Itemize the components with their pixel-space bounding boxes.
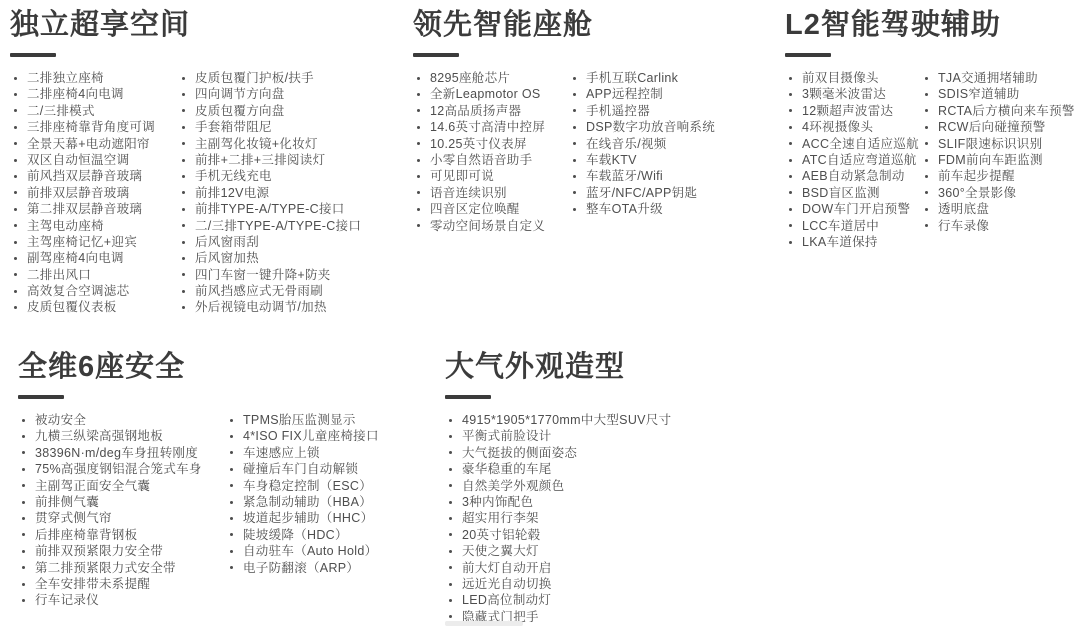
feature-item: 手套箱带阻尼 <box>182 119 361 135</box>
bullet-dot <box>573 191 576 194</box>
feature-item: 前排双层静音玻璃 <box>14 185 178 201</box>
feature-item: 九横三纵梁高强钢地板 <box>22 428 226 444</box>
feature-item-label: RCW后向碰撞预警 <box>938 119 1046 135</box>
bullet-dot <box>925 224 928 227</box>
feature-item-label: 小零自然语音助手 <box>430 152 532 168</box>
feature-item-label: 38396N·m/deg车身扭转刚度 <box>35 445 198 461</box>
bullet-dot <box>573 175 576 178</box>
bullet-dot <box>182 208 185 211</box>
bullet-dot <box>14 257 17 260</box>
feature-item: 75%高强度钢铝混合笼式车身 <box>22 461 226 477</box>
bullet-dot <box>22 419 25 422</box>
feature-item-label: 远近光自动切换 <box>462 576 552 592</box>
feature-item-label: 14.6英寸高清中控屏 <box>430 119 545 135</box>
feature-item-label: 二/三排TYPE-A/TYPE-C接口 <box>195 218 361 234</box>
feature-item: 坡道起步辅助（HHC） <box>230 510 379 526</box>
bullet-dot <box>22 583 25 586</box>
feature-item: 4环视摄像头 <box>789 119 921 135</box>
bullet-dot <box>14 224 17 227</box>
bullet-dot <box>925 175 928 178</box>
feature-item-label: ACC全速自适应巡航 <box>802 136 919 152</box>
feature-item-label: 全新Leapmotor OS <box>430 86 541 102</box>
feature-item: 前双目摄像头 <box>789 70 921 86</box>
feature-item: 四音区定位唤醒 <box>417 201 569 217</box>
feature-item: 前风挡双层静音玻璃 <box>14 168 178 184</box>
feature-item: 四向调节方向盘 <box>182 86 361 102</box>
feature-columns: 8295座舱芯片全新Leapmotor OS12高品质扬声器14.6英寸高清中控… <box>413 70 758 234</box>
bullet-dot <box>925 109 928 112</box>
bullet-dot <box>182 273 185 276</box>
feature-item-label: 8295座舱芯片 <box>430 70 510 86</box>
bullet-dot <box>417 224 420 227</box>
feature-item: 在线音乐/视频 <box>573 136 715 152</box>
feature-item-label: AEB自动紧急制动 <box>802 168 905 184</box>
feature-item-label: 陡坡缓降（HDC） <box>243 527 348 543</box>
feature-item-label: 高效复合空调滤芯 <box>27 283 129 299</box>
feature-item: 后风窗加热 <box>182 250 361 266</box>
feature-item-label: 车速感应上锁 <box>243 445 320 461</box>
bullet-dot <box>182 142 185 145</box>
bullet-dot <box>449 451 452 454</box>
feature-item: 紧急制动辅助（HBA） <box>230 494 379 510</box>
section-title: 全维6座安全 <box>18 350 438 384</box>
bullet-dot <box>449 468 452 471</box>
bullet-dot <box>14 159 17 162</box>
feature-item-label: 前排侧气囊 <box>35 494 99 510</box>
feature-item-label: 二排出风口 <box>27 267 91 283</box>
bullet-dot <box>230 468 233 471</box>
feature-item-label: 自然美学外观颜色 <box>462 478 564 494</box>
feature-item: 副驾座椅4向电调 <box>14 250 178 266</box>
bullet-dot <box>230 533 233 536</box>
bullet-dot <box>789 159 792 162</box>
bullet-dot <box>417 208 420 211</box>
bullet-dot <box>789 175 792 178</box>
feature-item: 10.25英寸仪表屏 <box>417 136 569 152</box>
feature-list-left: 二排独立座椅二排座椅4向电调二/三排模式三排座椅靠背角度可调全景天幕+电动遮阳帘… <box>10 70 178 316</box>
feature-item: 手机无线充电 <box>182 168 361 184</box>
bullet-dot <box>22 517 25 520</box>
bullet-dot <box>925 93 928 96</box>
bullet-dot <box>14 142 17 145</box>
feature-item-label: 12颗超声波雷达 <box>802 103 893 119</box>
feature-item-label: RCTA后方横向来车预警 <box>938 103 1075 119</box>
feature-item-label: LED高位制动灯 <box>462 592 551 608</box>
feature-item-label: 后排座椅靠背钢板 <box>35 527 137 543</box>
feature-item: 12颗超声波雷达 <box>789 103 921 119</box>
feature-item-label: 语音连续识别 <box>430 185 507 201</box>
bullet-dot <box>22 533 25 536</box>
feature-item: 20英寸铝轮毂 <box>449 527 671 543</box>
title-underline <box>18 395 64 399</box>
feature-item: 皮质包覆门护板/扶手 <box>182 70 361 86</box>
feature-item: 外后视镜电动调节/加热 <box>182 299 361 315</box>
feature-item: 透明底盘 <box>925 201 1075 217</box>
feature-item-label: 超实用行李架 <box>462 510 539 526</box>
feature-item-label: 前双目摄像头 <box>802 70 879 86</box>
feature-item-label: 大气挺拔的侧面姿态 <box>462 445 577 461</box>
feature-item: 第二排预紧限力式安全带 <box>22 560 226 576</box>
feature-item-label: 前排双层静音玻璃 <box>27 185 129 201</box>
feature-item: 360°全景影像 <box>925 185 1075 201</box>
feature-columns: 4915*1905*1770mm中大型SUV尺寸平衡式前脸设计大气挺拔的侧面姿态… <box>445 412 875 625</box>
feature-item-label: 零动空间场景自定义 <box>430 218 545 234</box>
bullet-dot <box>22 484 25 487</box>
bullet-dot <box>182 224 185 227</box>
section-exterior-design: 大气外观造型 4915*1905*1770mm中大型SUV尺寸平衡式前脸设计大气… <box>445 350 875 625</box>
feature-item: 全新Leapmotor OS <box>417 86 569 102</box>
feature-item: 二排出风口 <box>14 267 178 283</box>
bullet-dot <box>449 517 452 520</box>
feature-item-label: 车身稳定控制（ESC） <box>243 478 372 494</box>
feature-item-label: 坡道起步辅助（HHC） <box>243 510 373 526</box>
bullet-dot <box>925 126 928 129</box>
feature-item: 前排双预紧限力安全带 <box>22 543 226 559</box>
feature-item-label: 前车起步提醒 <box>938 168 1015 184</box>
feature-item-label: 车载KTV <box>586 152 637 168</box>
feature-list-right: 皮质包覆门护板/扶手四向调节方向盘皮质包覆方向盘手套箱带阻尼主副驾化妆镜+化妆灯… <box>178 70 361 316</box>
feature-item-label: 主副驾正面安全气囊 <box>35 478 150 494</box>
bullet-dot <box>449 533 452 536</box>
feature-item: 语音连续识别 <box>417 185 569 201</box>
feature-item: 三排座椅靠背角度可调 <box>14 119 178 135</box>
feature-item-label: 副驾座椅4向电调 <box>27 250 124 266</box>
feature-item-label: 皮质包覆仪表板 <box>27 299 117 315</box>
feature-item-label: 二排座椅4向电调 <box>27 86 124 102</box>
feature-item-label: 前风挡双层静音玻璃 <box>27 168 142 184</box>
feature-item-label: 主副驾化妆镜+化妆灯 <box>195 136 318 152</box>
feature-item: 8295座舱芯片 <box>417 70 569 86</box>
feature-item-label: 四音区定位唤醒 <box>430 201 520 217</box>
bullet-dot <box>22 468 25 471</box>
feature-item: 远近光自动切换 <box>449 576 671 592</box>
feature-list-single: 4915*1905*1770mm中大型SUV尺寸平衡式前脸设计大气挺拔的侧面姿态… <box>445 412 671 625</box>
feature-item: LKA车道保持 <box>789 234 921 250</box>
section-title: 独立超享空间 <box>10 8 405 42</box>
feature-item: 零动空间场景自定义 <box>417 218 569 234</box>
feature-item: SDIS窄道辅助 <box>925 86 1075 102</box>
bullet-dot <box>22 550 25 553</box>
feature-item: 第二排双层静音玻璃 <box>14 201 178 217</box>
feature-item: 豪华稳重的车尾 <box>449 461 671 477</box>
feature-item: 行车录像 <box>925 218 1075 234</box>
feature-item: 手机互联Carlink <box>573 70 715 86</box>
bullet-dot <box>573 159 576 162</box>
feature-item: 12高品质扬声器 <box>417 103 569 119</box>
feature-item-label: 四向调节方向盘 <box>195 86 285 102</box>
feature-item-label: 主驾电动座椅 <box>27 218 104 234</box>
feature-item-label: 二/三排模式 <box>27 103 95 119</box>
feature-item-label: 透明底盘 <box>938 201 989 217</box>
feature-item-label: 碰撞后车门自动解锁 <box>243 461 358 477</box>
feature-item: 车载蓝牙/Wifi <box>573 168 715 184</box>
feature-item-label: 皮质包覆门护板/扶手 <box>195 70 314 86</box>
bullet-dot <box>449 615 452 618</box>
feature-item-label: 豪华稳重的车尾 <box>462 461 552 477</box>
feature-item: 被动安全 <box>22 412 226 428</box>
feature-item-label: 手机无线充电 <box>195 168 272 184</box>
bullet-dot <box>182 93 185 96</box>
feature-item: AEB自动紧急制动 <box>789 168 921 184</box>
feature-item-label: 在线音乐/视频 <box>586 136 667 152</box>
feature-item-label: 蓝牙/NFC/APP钥匙 <box>586 185 697 201</box>
feature-item-label: 后风窗雨刮 <box>195 234 259 250</box>
bullet-dot <box>573 77 576 80</box>
bullet-dot <box>789 126 792 129</box>
bullet-dot <box>182 159 185 162</box>
bullet-dot <box>573 142 576 145</box>
feature-item-label: 主驾座椅记忆+迎宾 <box>27 234 137 250</box>
feature-spec-sheet: 独立超享空间 二排独立座椅二排座椅4向电调二/三排模式三排座椅靠背角度可调全景天… <box>0 0 1080 633</box>
feature-item-label: 前排+二排+三排阅读灯 <box>195 152 325 168</box>
feature-item: 小零自然语音助手 <box>417 152 569 168</box>
feature-item: 前大灯自动开启 <box>449 560 671 576</box>
feature-item-label: TPMS胎压监测显示 <box>243 412 356 428</box>
title-underline <box>785 53 831 57</box>
faint-watermark <box>445 621 523 626</box>
bullet-dot <box>449 583 452 586</box>
feature-list-right: 手机互联CarlinkAPP远程控制手机遥控器DSP数字功放音响系统在线音乐/视… <box>569 70 715 234</box>
bullet-dot <box>925 142 928 145</box>
feature-item: LED高位制动灯 <box>449 592 671 608</box>
feature-item-label: 前大灯自动开启 <box>462 560 552 576</box>
feature-item-label: 20英寸铝轮毂 <box>462 527 541 543</box>
feature-item: 四门车窗一键升降+防夹 <box>182 267 361 283</box>
feature-item: 主驾电动座椅 <box>14 218 178 234</box>
feature-item-label: 4*ISO FIX儿童座椅接口 <box>243 428 379 444</box>
bullet-dot <box>449 599 452 602</box>
feature-item-label: 贯穿式侧气帘 <box>35 510 112 526</box>
feature-item: 大气挺拔的侧面姿态 <box>449 445 671 461</box>
feature-item: 前车起步提醒 <box>925 168 1075 184</box>
bullet-dot <box>14 290 17 293</box>
feature-item-label: TJA交通拥堵辅助 <box>938 70 1038 86</box>
feature-columns: 二排独立座椅二排座椅4向电调二/三排模式三排座椅靠背角度可调全景天幕+电动遮阳帘… <box>10 70 405 316</box>
feature-item-label: 12高品质扬声器 <box>430 103 521 119</box>
feature-item-label: DSP数字功放音响系统 <box>586 119 715 135</box>
bullet-dot <box>14 93 17 96</box>
feature-item: 主副驾化妆镜+化妆灯 <box>182 136 361 152</box>
feature-item-label: 可见即可说 <box>430 168 494 184</box>
feature-item: RCW后向碰撞预警 <box>925 119 1075 135</box>
bullet-dot <box>417 142 420 145</box>
feature-item-label: 手套箱带阻尼 <box>195 119 272 135</box>
feature-item: 前风挡感应式无骨雨刷 <box>182 283 361 299</box>
feature-item-label: 四门车窗一键升降+防夹 <box>195 267 331 283</box>
bullet-dot <box>417 93 420 96</box>
bullet-dot <box>182 290 185 293</box>
feature-item-label: 后风窗加热 <box>195 250 259 266</box>
feature-item: SLIF限速标识识别 <box>925 136 1075 152</box>
feature-item-label: APP远程控制 <box>586 86 663 102</box>
feature-item-label: 被动安全 <box>35 412 86 428</box>
feature-item: 可见即可说 <box>417 168 569 184</box>
bullet-dot <box>789 191 792 194</box>
bullet-dot <box>449 566 452 569</box>
feature-item: DOW车门开启预警 <box>789 201 921 217</box>
bullet-dot <box>230 451 233 454</box>
feature-item: 二/三排模式 <box>14 103 178 119</box>
feature-item: BSD盲区监测 <box>789 185 921 201</box>
feature-item: 行车记录仪 <box>22 592 226 608</box>
feature-item-label: 紧急制动辅助（HBA） <box>243 494 372 510</box>
feature-item-label: 三排座椅靠背角度可调 <box>27 119 155 135</box>
bullet-dot <box>14 77 17 80</box>
feature-item-label: 电子防翻滚（ARP） <box>243 560 359 576</box>
feature-item: 全车安排带未系提醒 <box>22 576 226 592</box>
feature-item: 4915*1905*1770mm中大型SUV尺寸 <box>449 412 671 428</box>
feature-item-label: DOW车门开启预警 <box>802 201 910 217</box>
section-smart-cockpit: 领先智能座舱 8295座舱芯片全新Leapmotor OS12高品质扬声器14.… <box>413 8 758 234</box>
feature-item: 高效复合空调滤芯 <box>14 283 178 299</box>
feature-item-label: FDM前向车距监测 <box>938 152 1043 168</box>
bullet-dot <box>449 435 452 438</box>
section-premium-space: 独立超享空间 二排独立座椅二排座椅4向电调二/三排模式三排座椅靠背角度可调全景天… <box>10 8 405 316</box>
bullet-dot <box>14 175 17 178</box>
feature-item: FDM前向车距监测 <box>925 152 1075 168</box>
feature-item-label: 4环视摄像头 <box>802 119 873 135</box>
bullet-dot <box>925 208 928 211</box>
feature-item: 蓝牙/NFC/APP钥匙 <box>573 185 715 201</box>
feature-item-label: 双区自动恒温空调 <box>27 152 129 168</box>
bullet-dot <box>789 77 792 80</box>
feature-item-label: 手机互联Carlink <box>586 70 678 86</box>
feature-item-label: 全景天幕+电动遮阳帘 <box>27 136 150 152</box>
feature-item: 14.6英寸高清中控屏 <box>417 119 569 135</box>
section-title: 领先智能座舱 <box>413 8 758 42</box>
feature-item: 贯穿式侧气帘 <box>22 510 226 526</box>
feature-item: 手机遥控器 <box>573 103 715 119</box>
feature-item-label: SLIF限速标识识别 <box>938 136 1042 152</box>
bullet-dot <box>14 126 17 129</box>
feature-item-label: SDIS窄道辅助 <box>938 86 1020 102</box>
feature-item: ACC全速自适应巡航 <box>789 136 921 152</box>
bullet-dot <box>925 191 928 194</box>
title-underline <box>445 395 491 399</box>
bullet-dot <box>417 175 420 178</box>
bullet-dot <box>182 77 185 80</box>
feature-item-label: 整车OTA升级 <box>586 201 663 217</box>
feature-item: 4*ISO FIX儿童座椅接口 <box>230 428 379 444</box>
section-title: L2智能驾驶辅助 <box>785 8 1080 42</box>
bullet-dot <box>573 126 576 129</box>
feature-item: 皮质包覆仪表板 <box>14 299 178 315</box>
feature-list-left: 8295座舱芯片全新Leapmotor OS12高品质扬声器14.6英寸高清中控… <box>413 70 569 234</box>
bullet-dot <box>22 451 25 454</box>
feature-item: 车速感应上锁 <box>230 445 379 461</box>
feature-item: 自然美学外观颜色 <box>449 478 671 494</box>
feature-item: LCC车道居中 <box>789 218 921 234</box>
bullet-dot <box>14 306 17 309</box>
bullet-dot <box>789 208 792 211</box>
feature-item: 天使之翼大灯 <box>449 543 671 559</box>
feature-item-label: 自动驻车（Auto Hold） <box>243 543 377 559</box>
bullet-dot <box>417 109 420 112</box>
feature-item: 整车OTA升级 <box>573 201 715 217</box>
feature-item: 超实用行李架 <box>449 510 671 526</box>
bullet-dot <box>22 501 25 504</box>
bullet-dot <box>789 241 792 244</box>
feature-item-label: 皮质包覆方向盘 <box>195 103 285 119</box>
feature-item-label: 第二排双层静音玻璃 <box>27 201 142 217</box>
feature-item: 38396N·m/deg车身扭转刚度 <box>22 445 226 461</box>
feature-item-label: 外后视镜电动调节/加热 <box>195 299 327 315</box>
bullet-dot <box>230 501 233 504</box>
bullet-dot <box>230 550 233 553</box>
bullet-dot <box>182 126 185 129</box>
feature-item-label: 前排TYPE-A/TYPE-C接口 <box>195 201 345 217</box>
bullet-dot <box>182 175 185 178</box>
bullet-dot <box>789 109 792 112</box>
feature-list-right: TPMS胎压监测显示4*ISO FIX儿童座椅接口车速感应上锁碰撞后车门自动解锁… <box>226 412 379 609</box>
feature-list-right: TJA交通拥堵辅助SDIS窄道辅助RCTA后方横向来车预警RCW后向碰撞预警SL… <box>921 70 1075 250</box>
feature-item: ATC自适应弯道巡航 <box>789 152 921 168</box>
feature-item: 二/三排TYPE-A/TYPE-C接口 <box>182 218 361 234</box>
feature-item-label: 天使之翼大灯 <box>462 543 539 559</box>
feature-item-label: 4915*1905*1770mm中大型SUV尺寸 <box>462 412 671 428</box>
feature-item: RCTA后方横向来车预警 <box>925 103 1075 119</box>
bullet-dot <box>182 306 185 309</box>
bullet-dot <box>230 435 233 438</box>
bullet-dot <box>417 191 420 194</box>
bullet-dot <box>182 241 185 244</box>
bullet-dot <box>182 191 185 194</box>
feature-item: 3种内饰配色 <box>449 494 671 510</box>
bullet-dot <box>789 142 792 145</box>
bullet-dot <box>22 599 25 602</box>
feature-item: 车载KTV <box>573 152 715 168</box>
bullet-dot <box>14 241 17 244</box>
bullet-dot <box>230 419 233 422</box>
bullet-dot <box>182 109 185 112</box>
bullet-dot <box>449 419 452 422</box>
bullet-dot <box>449 550 452 553</box>
feature-item: 主驾座椅记忆+迎宾 <box>14 234 178 250</box>
feature-item-label: LKA车道保持 <box>802 234 878 250</box>
feature-item: 皮质包覆方向盘 <box>182 103 361 119</box>
feature-item: 陡坡缓降（HDC） <box>230 527 379 543</box>
feature-item-label: 3种内饰配色 <box>462 494 533 510</box>
bullet-dot <box>573 208 576 211</box>
section-title: 大气外观造型 <box>445 350 875 384</box>
section-l2-driving-assist: L2智能驾驶辅助 前双目摄像头3颗毫米波雷达12颗超声波雷达4环视摄像头ACC全… <box>785 8 1080 250</box>
bullet-dot <box>573 109 576 112</box>
bullet-dot <box>230 484 233 487</box>
bullet-dot <box>22 435 25 438</box>
feature-list-left: 被动安全九横三纵梁高强钢地板38396N·m/deg车身扭转刚度75%高强度钢铝… <box>18 412 226 609</box>
feature-item: 自动驻车（Auto Hold） <box>230 543 379 559</box>
bullet-dot <box>14 273 17 276</box>
feature-item-label: LCC车道居中 <box>802 218 879 234</box>
feature-item-label: 10.25英寸仪表屏 <box>430 136 527 152</box>
feature-item-label: 前风挡感应式无骨雨刷 <box>195 283 323 299</box>
feature-item: 3颗毫米波雷达 <box>789 86 921 102</box>
feature-item: 车身稳定控制（ESC） <box>230 478 379 494</box>
feature-item-label: 行车录像 <box>938 218 989 234</box>
feature-item: TPMS胎压监测显示 <box>230 412 379 428</box>
feature-item-label: 二排独立座椅 <box>27 70 104 86</box>
feature-item: APP远程控制 <box>573 86 715 102</box>
bullet-dot <box>417 126 420 129</box>
feature-item-label: 3颗毫米波雷达 <box>802 86 886 102</box>
feature-item: 全景天幕+电动遮阳帘 <box>14 136 178 152</box>
bullet-dot <box>230 517 233 520</box>
feature-list-left: 前双目摄像头3颗毫米波雷达12颗超声波雷达4环视摄像头ACC全速自适应巡航ATC… <box>785 70 921 250</box>
feature-item: TJA交通拥堵辅助 <box>925 70 1075 86</box>
feature-columns: 前双目摄像头3颗毫米波雷达12颗超声波雷达4环视摄像头ACC全速自适应巡航ATC… <box>785 70 1080 250</box>
bullet-dot <box>14 109 17 112</box>
feature-item-label: BSD盲区监测 <box>802 185 880 201</box>
